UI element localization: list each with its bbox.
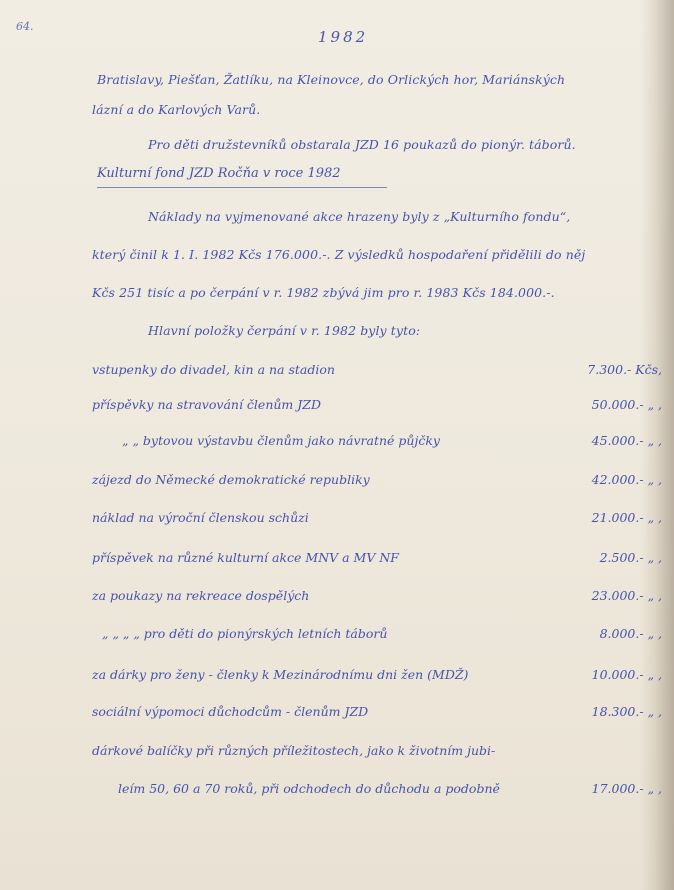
- expense-label: leím 50, 60 a 70 roků, při odchodech do …: [118, 781, 500, 796]
- amount-value: 42.000.-: [592, 472, 644, 487]
- amount-unit: „ ,: [648, 588, 662, 603]
- handwritten-chronicle-page: 64. 1982 Bratislavy, Piešťan, Žatlíku, n…: [0, 0, 674, 890]
- section-heading: Kulturní fond JZD Ročňa v roce 1982: [97, 166, 387, 188]
- expense-item: leím 50, 60 a 70 roků, při odchodech do …: [92, 781, 662, 805]
- expense-item: vstupenky do divadel, kin a na stadion 7…: [92, 362, 662, 386]
- amount-value: 8.000.-: [600, 626, 644, 641]
- amount-value: 18.300.-: [592, 704, 644, 719]
- amount-unit: „ ,: [648, 472, 662, 487]
- amount-unit: „ ,: [648, 433, 662, 448]
- expense-label: zájezd do Německé demokratické republiky: [92, 472, 370, 487]
- expense-amount: 10.000.-„ ,: [592, 667, 662, 682]
- amount-unit: Kčs,: [635, 362, 662, 377]
- expense-amount: 7.300.-Kčs,: [587, 362, 662, 377]
- expense-amount: 23.000.-„ ,: [592, 588, 662, 603]
- paragraph-1-line-1: Náklady na vyjmenované akce hrazeny byly…: [148, 209, 570, 224]
- expense-label: náklad na výroční členskou schůzi: [92, 510, 309, 525]
- amount-value: 50.000.-: [592, 397, 644, 412]
- paragraph-1-line-3: Kčs 251 tisíc a po čerpání v r. 1982 zbý…: [92, 285, 555, 300]
- page-number: 64.: [16, 20, 34, 33]
- paragraph-1-line-2: který činil k 1. I. 1982 Kčs 176.000.-. …: [92, 247, 585, 262]
- expense-item: příspěvek na různé kulturní akce MNV a M…: [92, 550, 662, 574]
- expense-item: zájezd do Německé demokratické republiky…: [92, 472, 662, 496]
- expense-amount: 8.000.-„ ,: [600, 626, 662, 641]
- expense-label: sociální výpomoci důchodcům - členům JZD: [92, 704, 368, 719]
- expense-amount: 42.000.-„ ,: [592, 472, 662, 487]
- expense-amount: 17.000.-„ ,: [592, 781, 662, 796]
- amount-unit: „ ,: [648, 626, 662, 641]
- amount-unit: „ ,: [648, 397, 662, 412]
- expense-item: „ „ „ „ pro děti do pionýrských letních …: [92, 626, 662, 650]
- amount-value: 17.000.-: [592, 781, 644, 796]
- expense-label: příspěvky na stravování členům JZD: [92, 397, 321, 412]
- expense-label: za poukazy na rekreace dospělých: [92, 588, 309, 603]
- expense-item: „ „ bytovou výstavbu členům jako návratn…: [92, 433, 662, 457]
- amount-unit: „ ,: [648, 550, 662, 565]
- amount-unit: „ ,: [648, 704, 662, 719]
- amount-value: 10.000.-: [592, 667, 644, 682]
- amount-value: 7.300.-: [587, 362, 631, 377]
- expense-amount: 2.500.-„ ,: [600, 550, 662, 565]
- amount-unit: „ ,: [648, 667, 662, 682]
- expense-item: dárkové balíčky při různých příležitoste…: [92, 743, 662, 767]
- intro-line-2: lázní a do Karlových Varů.: [92, 102, 260, 117]
- amount-value: 45.000.-: [592, 433, 644, 448]
- expense-amount: 50.000.-„ ,: [592, 397, 662, 412]
- amount-value: 23.000.-: [592, 588, 644, 603]
- amount-value: 21.000.-: [592, 510, 644, 525]
- expense-label: vstupenky do divadel, kin a na stadion: [92, 362, 335, 377]
- expense-label: „ „ „ „ pro děti do pionýrských letních …: [102, 626, 387, 641]
- expense-item: příspěvky na stravování členům JZD 50.00…: [92, 397, 662, 421]
- amount-unit: „ ,: [648, 510, 662, 525]
- paragraph-2: Hlavní položky čerpání v r. 1982 byly ty…: [148, 323, 420, 338]
- expense-item: za poukazy na rekreace dospělých 23.000.…: [92, 588, 662, 612]
- expense-item: náklad na výroční členskou schůzi 21.000…: [92, 510, 662, 534]
- intro-line-3: Pro děti družstevníků obstarala JZD 16 p…: [148, 137, 576, 152]
- expense-amount: 21.000.-„ ,: [592, 510, 662, 525]
- amount-value: 2.500.-: [600, 550, 644, 565]
- expense-item: sociální výpomoci důchodcům - členům JZD…: [92, 704, 662, 728]
- amount-unit: „ ,: [648, 781, 662, 796]
- intro-line-1: Bratislavy, Piešťan, Žatlíku, na Kleinov…: [97, 72, 565, 87]
- year-heading: 1982: [318, 28, 368, 46]
- expense-amount: [658, 743, 662, 758]
- expense-label: „ „ bytovou výstavbu členům jako návratn…: [122, 433, 440, 448]
- expense-amount: 45.000.-„ ,: [592, 433, 662, 448]
- expense-label: za dárky pro ženy - členky k Mezinárodní…: [92, 667, 468, 682]
- expense-label: příspěvek na různé kulturní akce MNV a M…: [92, 550, 399, 565]
- expense-label: dárkové balíčky při různých příležitoste…: [92, 743, 495, 758]
- expense-item: za dárky pro ženy - členky k Mezinárodní…: [92, 667, 662, 691]
- expense-amount: 18.300.-„ ,: [592, 704, 662, 719]
